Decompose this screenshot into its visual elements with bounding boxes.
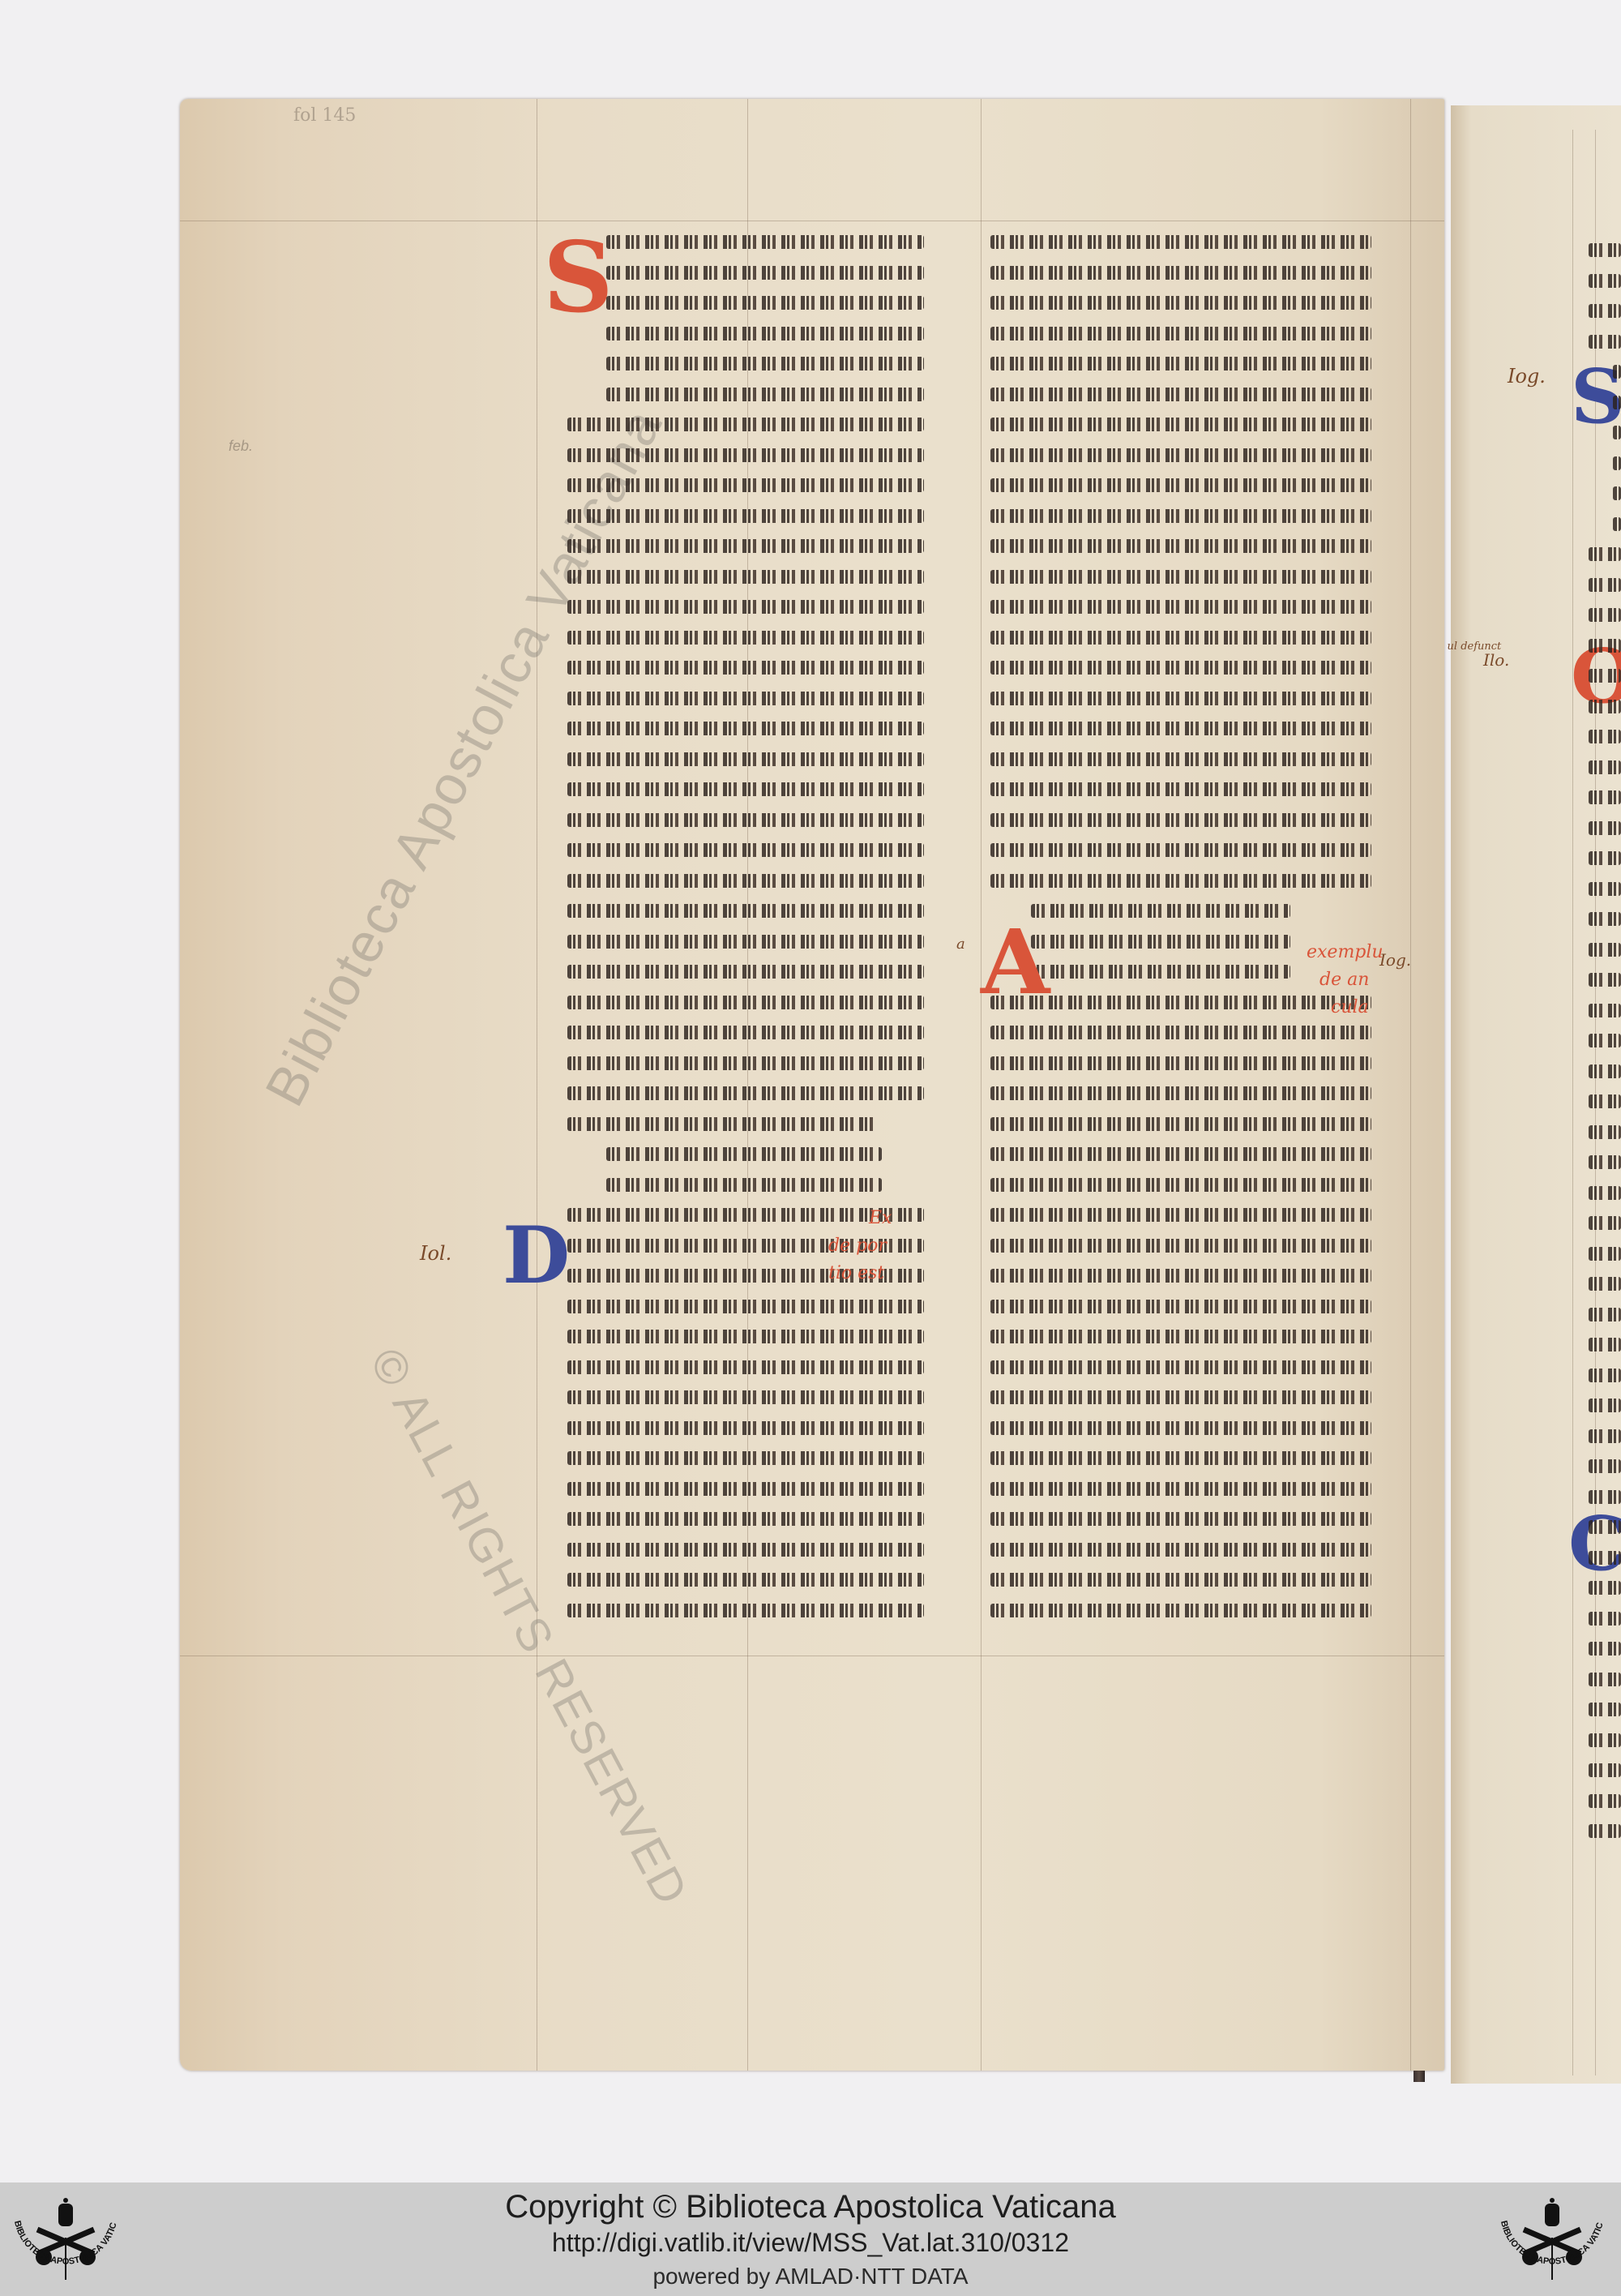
papal-keys-icon: BIBLIOTECA APOSTOLICA VATICANA xyxy=(1491,2189,1613,2293)
margin-note-right-1: Iog. xyxy=(1508,365,1546,388)
pencil-margin-note: feb. xyxy=(229,438,253,455)
rubric-a-2: de por xyxy=(828,1232,887,1260)
powered-by-text: powered by AMLAD·NTT DATA xyxy=(0,2264,1621,2290)
text-column-a xyxy=(567,235,924,1634)
margin-mark-col-b: a xyxy=(956,936,965,953)
ruling-line-col-a-left xyxy=(537,99,537,2071)
ruling-line-col-b-left xyxy=(981,99,982,2071)
svg-text:BIBLIOTECA APOSTOLICA VATICANA: BIBLIOTECA APOSTOLICA VATICANA xyxy=(1491,2189,1606,2267)
ruling-line-right xyxy=(1410,99,1411,2071)
vatican-library-logo-right: BIBLIOTECA APOSTOLICA VATICANA xyxy=(1491,2189,1613,2293)
margin-note-right-2: Ilo. xyxy=(1483,650,1509,670)
margin-note-col-a: Iol. xyxy=(420,1242,451,1265)
vatican-library-logo-left: BIBLIOTECA APOSTOLICA VATICANA xyxy=(5,2189,126,2293)
rubric-b-1: exemplu xyxy=(1307,939,1384,966)
rubric-b-2: de an xyxy=(1319,966,1369,994)
manuscript-scan: Iog. Ilo. c. ul defunct S O C fol 145 fe… xyxy=(0,0,1621,2182)
right-page-partial: Iog. Ilo. c. ul defunct S O C xyxy=(1451,105,1621,2084)
pencil-foliation: fol 145 xyxy=(293,105,356,126)
rubric-a-3: tio est xyxy=(828,1260,884,1287)
copyright-text: Copyright © Biblioteca Apostolica Vatica… xyxy=(0,2189,1621,2225)
copyright-footer: Copyright © Biblioteca Apostolica Vatica… xyxy=(0,2182,1621,2296)
left-page: fol 145 feb. Biblioteca Apostolica Vatic… xyxy=(180,99,1444,2071)
source-url[interactable]: http://digi.vatlib.it/view/MSS_Vat.lat.3… xyxy=(0,2228,1621,2258)
margin-note-col-b: Iog. xyxy=(1379,950,1411,970)
initial-D-blue: D xyxy=(503,1210,570,1301)
rubric-b-3: cula xyxy=(1331,994,1369,1022)
rubric-a-1: Ex xyxy=(869,1205,892,1232)
ruling-line-top xyxy=(180,221,1444,221)
initial-A-red: A xyxy=(981,910,1050,1014)
ruling-line-bottom xyxy=(180,1656,1444,1656)
svg-text:BIBLIOTECA APOSTOLICA VATICANA: BIBLIOTECA APOSTOLICA VATICANA xyxy=(5,2189,119,2267)
margin-note-right-3: c. ul defunct xyxy=(1435,640,1501,653)
right-page-text-fragment xyxy=(1589,243,1621,1855)
papal-keys-icon: BIBLIOTECA APOSTOLICA VATICANA xyxy=(5,2189,126,2293)
